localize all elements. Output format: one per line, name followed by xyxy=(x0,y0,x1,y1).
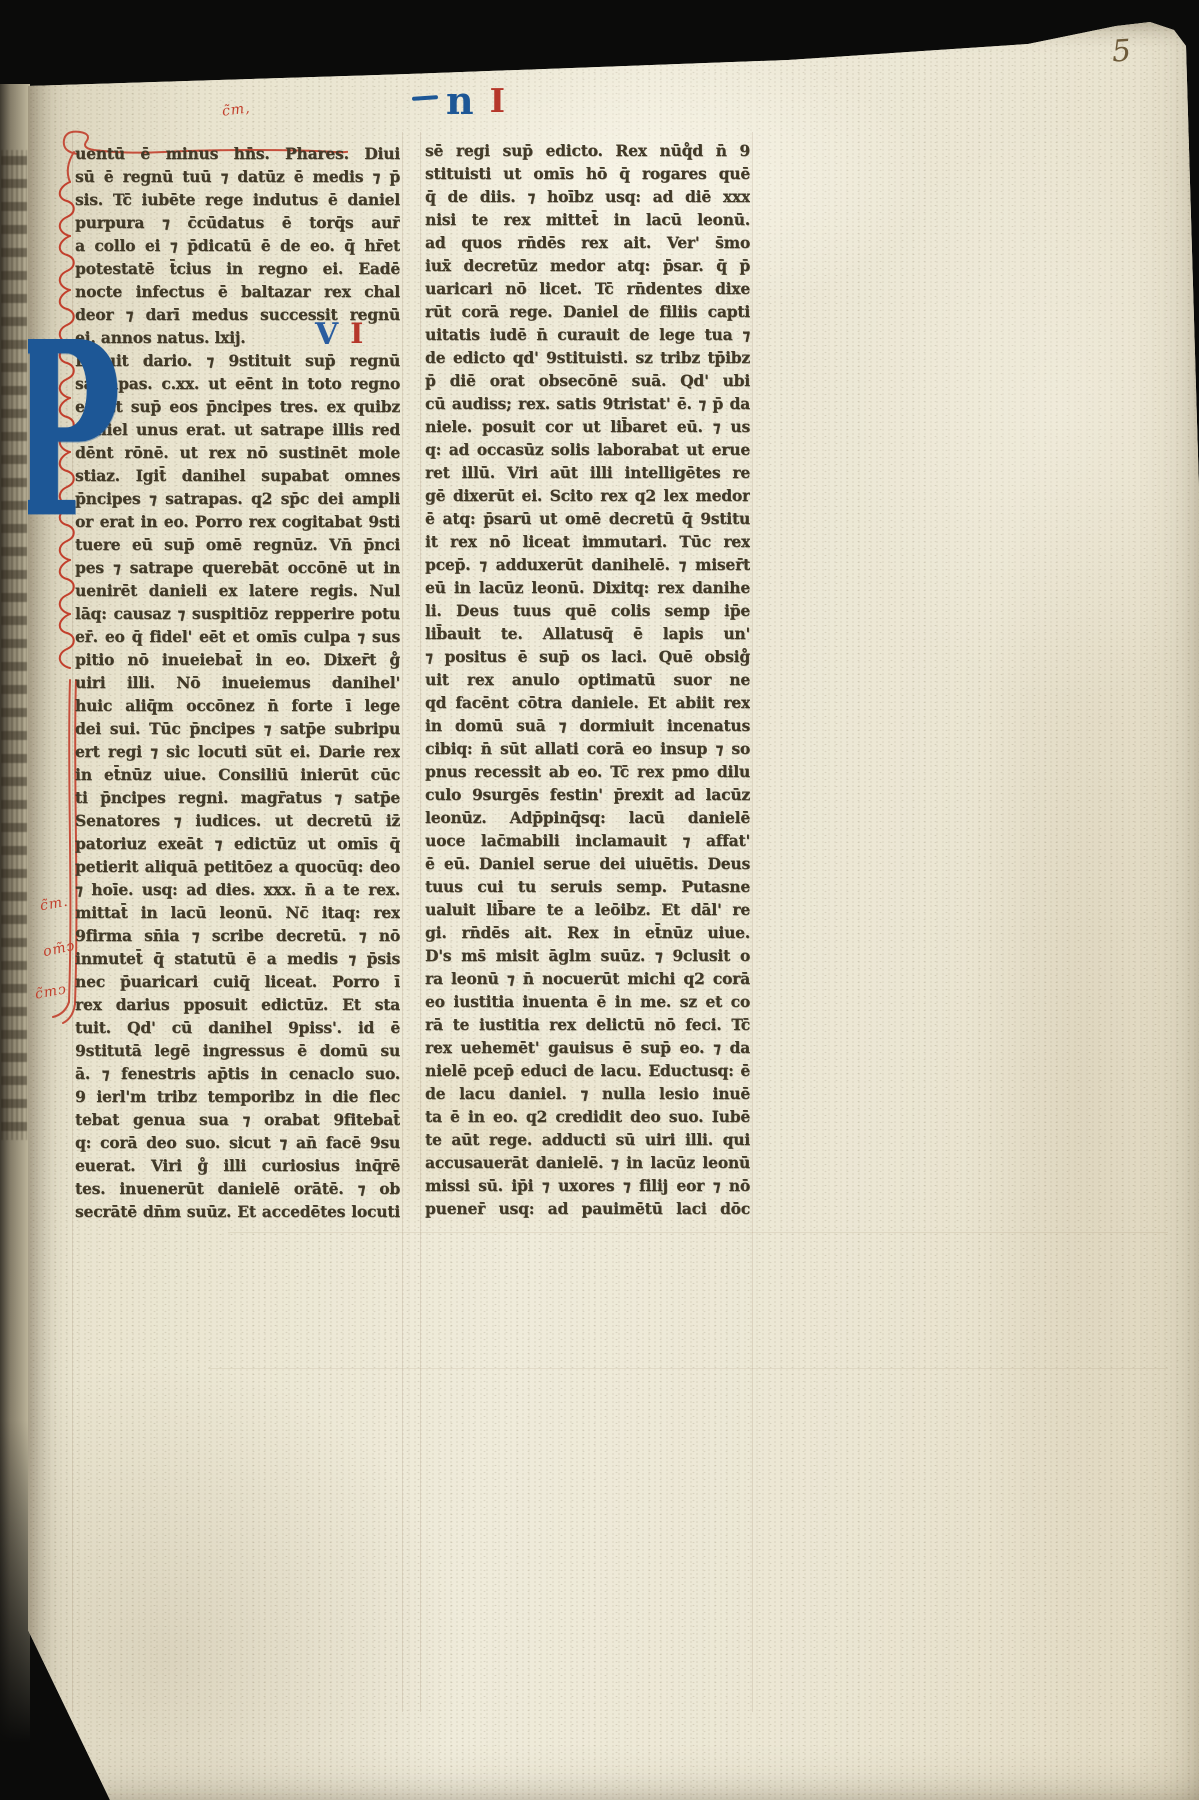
text-line: uenirēt danieli ex latere regis. Nul xyxy=(75,579,400,602)
text-line: 9stitutā legē ingressus ē domū su xyxy=(75,1039,400,1062)
text-line: pcep̄. ⁊ adduxerūt danihelē. ⁊ miser̄t xyxy=(425,553,750,576)
text-line: sē regi sup̄ edicto. Rex nūq̊d n̄ 9 xyxy=(425,139,750,162)
text-line: eū in lacūz leonū. Dixitq: rex danihe xyxy=(425,576,750,599)
text-line: daniel unus erat. ut satrape illis red xyxy=(75,418,400,441)
ruling-line xyxy=(208,1368,1168,1369)
text-line: patoriuz exeāt ⁊ edictūz ut omīs q̄ xyxy=(75,832,400,855)
text-line: ualuit lib̄are te a leōibz. Et dāl' re xyxy=(425,898,750,921)
text-line: ē eū. Daniel serue dei uiuētis. Deus xyxy=(425,852,750,875)
text-line: dēnt rōnē. ut rex nō sustinēt mole xyxy=(75,441,400,464)
text-line: nisi te rex mittet̄ in lacū leonū. xyxy=(425,208,750,231)
text-line: ē atq: p̄sarū ut omē decretū q̄ 9stitu xyxy=(425,507,750,530)
running-header: n I xyxy=(412,82,505,120)
text-line: ert regi ⁊ sic locuti sūt ei. Darie rex xyxy=(75,740,400,763)
text-line: p̄ diē orat obsecōnē suā. Qd' ubi xyxy=(425,369,750,392)
running-header-letter-red: I xyxy=(490,84,505,117)
text-line: er̄. eo q̄ fidel' eēt et omīs culpa ⁊ su… xyxy=(75,625,400,648)
text-line: inmutet̄ q̄ statutū ē a medis ⁊ p̄sis xyxy=(75,947,400,970)
text-line: nec p̄uaricari cuiq̄ liceat. Porro ī xyxy=(75,970,400,993)
text-line: ad quos rn̄dēs rex ait. Ver' s̄mo xyxy=(425,231,750,254)
text-line: pitio nō inueiebat̄ in eo. Dixer̄t g̊ xyxy=(75,648,400,671)
text-line: q: ad occasūz solis laborabat ut erue xyxy=(425,438,750,461)
text-line: tes. inuenerūt danielē orātē. ⁊ ob xyxy=(75,1177,400,1200)
text-line: Lacuit dario. ⁊ 9stituit sup̄ regnū xyxy=(75,349,400,372)
text-line: or erat in eo. Porro rex cogitabat 9sti xyxy=(75,510,400,533)
text-line: tuus cui tu seruis semp. Putasne xyxy=(425,875,750,898)
text-line: stiaz. Igit̄ danihel supabat omnes xyxy=(75,464,400,487)
text-line: lāq: causaz ⁊ suspitiōz repperire potu xyxy=(75,602,400,625)
text-line: potestatē t̄cius in regno ei. Eadē xyxy=(75,257,400,280)
manuscript-page: 5 n I c̃m, xyxy=(28,20,1199,1800)
text-line: it rex nō liceat immutari. Tūc rex xyxy=(425,530,750,553)
book-fore-edge xyxy=(0,84,30,1800)
text-line: cū audiss; rex. satis 9tristat' ē. ⁊ p̄ … xyxy=(425,392,750,415)
text-line: huic aliq̄m occōnez n̄ forte ī lege xyxy=(75,694,400,717)
text-line: in domū suā ⁊ dormiuit incenatus xyxy=(425,714,750,737)
text-line: q̄ de diis. ⁊ hoībz usq: ad diē xxx xyxy=(425,185,750,208)
text-line: te aūt rege. adducti sū uiri illi. qui xyxy=(425,1128,750,1151)
text-line: uiri illi. Nō inueiemus danihel' xyxy=(75,671,400,694)
text-line: leonūz. Adp̄pinq̄sq: lacū danielē xyxy=(425,806,750,829)
text-line: p̄ncipes ⁊ satrapas. q2 sp̄c dei ampli xyxy=(75,487,400,510)
photo-backdrop: 5 n I c̃m, xyxy=(0,0,1199,1800)
text-line: de edicto qd' 9stituisti. sz tribz tp̄ib… xyxy=(425,346,750,369)
text-line: q: corā deo suo. sicut ⁊ an̄ facē 9su xyxy=(75,1131,400,1154)
text-line: 9firma sn̄ia ⁊ scribe decretū. ⁊ nō xyxy=(75,924,400,947)
text-line: ⁊ positus ē sup̄ os laci. Quē obsig̊ xyxy=(425,645,750,668)
text-line: gē dixerūt ei. Scito rex q2 lex medor xyxy=(425,484,750,507)
text-line: culo 9surgēs festin' p̄rexit ad lacūz xyxy=(425,783,750,806)
text-line: sū ē regnū tuū ⁊ datūz ē medis ⁊ p̄ xyxy=(75,165,400,188)
text-line: ret illū. Viri aūt illi intelligētes re xyxy=(425,461,750,484)
text-line: ā. ⁊ fenestris ap̄tis in cenaclo suo. xyxy=(75,1062,400,1085)
text-line: uoce lac̄mabili inclamauit ⁊ affat' xyxy=(425,829,750,852)
text-line: 9 ierl'm tribz temporibz in die flec xyxy=(75,1085,400,1108)
text-line: missi sū. ip̄i ⁊ uxores ⁊ filij eor ⁊ nō xyxy=(425,1174,750,1197)
text-line: accusauerāt danielē. ⁊ in lacūz leonū xyxy=(425,1151,750,1174)
text-line: dei sui. Tūc p̄ncipes ⁊ satp̄e subripu xyxy=(75,717,400,740)
ruling-line xyxy=(752,132,753,1712)
text-line: uit rex anulo optimatū suor ne xyxy=(425,668,750,691)
text-column-right: sē regi sup̄ edicto. Rex nūq̊d n̄ 9stitu… xyxy=(425,139,750,1220)
text-line: nielē pcep̄ educi de lacu. Eductusq: ē xyxy=(425,1059,750,1082)
text-line: rex darius pposuit edictūz. Et sta xyxy=(75,993,400,1016)
text-line: de lacu daniel. ⁊ nulla lesio inuē xyxy=(425,1082,750,1105)
text-line: iux̄ decretūz medor atq: p̄sar. q̄ p̄ xyxy=(425,254,750,277)
header-pen-dash-icon xyxy=(412,95,438,101)
text-line: petierit aliquā petitōez a quocūq: deo xyxy=(75,855,400,878)
text-line: tuit. Qd' cū danihel 9piss'. id ē xyxy=(75,1016,400,1039)
text-line: niele. posuit cor ut lib̄aret eū. ⁊ us xyxy=(425,415,750,438)
text-line: satrapas. c.xx. ut eēnt in toto regno xyxy=(75,372,400,395)
text-line: ra leonū ⁊ n̄ nocuerūt michi q2 corā xyxy=(425,967,750,990)
text-line: ⁊ hoīe. usq: ad dies. xxx. n̄ a te rex. xyxy=(75,878,400,901)
ruling-line xyxy=(402,132,403,1712)
ruling-line xyxy=(420,132,421,1712)
text-line: rūt corā rege. Daniel de filiis capti xyxy=(425,300,750,323)
text-line: puener̄ usq: ad pauimētū laci dōc xyxy=(425,1197,750,1220)
text-line: li. Deus tuus quē colis semp ip̄e xyxy=(425,599,750,622)
text-line: sis. Tc̄ iubēte rege indutus ē daniel xyxy=(75,188,400,211)
text-line: stituisti ut omīs hō q̄ rogares quē xyxy=(425,162,750,185)
text-line: nocte infectus ē baltazar rex chal xyxy=(75,280,400,303)
text-line: D's ms̄ misit āglm suūz. ⁊ 9clusit o xyxy=(425,944,750,967)
ruling-line xyxy=(228,1232,1168,1233)
text-line: a collo ei ⁊ p̄dicatū ē de eo. q̄ hr̄et xyxy=(75,234,400,257)
text-line: uitatis iudē n̄ curauit de lege tua ⁊ xyxy=(425,323,750,346)
text-line: cibiq: n̄ sūt allati corā eo insup ⁊ so xyxy=(425,737,750,760)
text-line: pes ⁊ satrape querebāt occōnē ut in xyxy=(75,556,400,579)
text-line: tebat genua sua ⁊ orabat 9fitebat̄ xyxy=(75,1108,400,1131)
text-line: qd facēnt cōtra daniele. Et abiit rex xyxy=(425,691,750,714)
text-line: secrātē dn̄m suūz. Et accedētes locuti xyxy=(75,1200,400,1223)
fore-edge-text-fragments xyxy=(1,150,27,1140)
text-line: Senatores ⁊ iudices. ut decretū iz̄ xyxy=(75,809,400,832)
text-column-left: uentū ē minus hn̄s. Phares. Diuisū ē reg… xyxy=(75,142,400,1223)
text-line: ta ē in eo. q2 credidit deo suo. Iubē xyxy=(425,1105,750,1128)
text-line: uentū ē minus hn̄s. Phares. Diui xyxy=(75,142,400,165)
text-line: lib̄auit te. Allatusq̄ ē lapis un' xyxy=(425,622,750,645)
text-line: in et̄nūz uiue. Consiliū inierūt cūc xyxy=(75,763,400,786)
running-header-letter-blue: n xyxy=(446,82,474,120)
text-line: purpura ⁊ c̄cūdatus ē torq̄s aur̄ xyxy=(75,211,400,234)
rubric-annotation-top: c̃m, xyxy=(221,100,251,119)
text-line: rā te iustitia rex delictū nō feci. Tc̄ xyxy=(425,1013,750,1036)
text-line: deor ⁊ darī medus successit regnū xyxy=(75,303,400,326)
text-line: gi. rn̄dēs ait. Rex in et̄nūz uiue. xyxy=(425,921,750,944)
text-line: ei. Et sup̄ eos p̄ncipes tres. ex quibz xyxy=(75,395,400,418)
text-line: eo iustitia inuenta ē in me. sz et co xyxy=(425,990,750,1013)
text-line: tuere eū sup̄ omē regnūz. Vn̄ p̄nci xyxy=(75,533,400,556)
text-line: ei. annos natus. lxij. xyxy=(75,326,400,349)
text-line: uaricari nō licet. Tc̄ rn̄dentes dixe xyxy=(425,277,750,300)
text-line: pnus recessit ab eo. Tc̄ rex pmo dilu xyxy=(425,760,750,783)
text-line: mittat̄ in lacū leonū. Nc̄ itaq: rex xyxy=(75,901,400,924)
text-line: ti p̄ncipes regni. magr̄atus ⁊ satp̄e xyxy=(75,786,400,809)
folio-number: 5 xyxy=(1111,33,1132,69)
text-line: rex uehemēt' gauisus ē sup̄ eo. ⁊ da xyxy=(425,1036,750,1059)
text-line: euerat. Viri g̊ illi curiosius inq̄rē xyxy=(75,1154,400,1177)
